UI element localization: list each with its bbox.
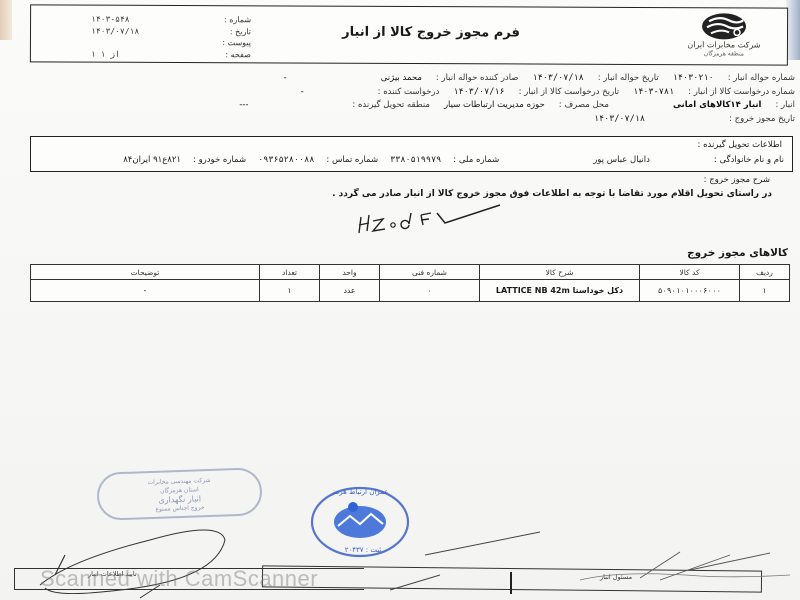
meta-value: ۱۴۰۳-۵۴۸: [91, 14, 181, 26]
cell-tech-number: ۰: [380, 280, 480, 302]
signature-divider: [510, 572, 512, 594]
document-meta: شماره : ۱۴۰۳-۵۴۸ تاریخ : ۱۴۰۳/۰۷/۱۸ پیوس…: [91, 14, 251, 61]
org-region: منطقه هرمزگان: [679, 50, 769, 57]
value: ۱۴۰۳-۷۸۱: [633, 86, 674, 100]
label: محل مصرف :: [559, 99, 609, 113]
label: تاریخ مجوز خروج :: [729, 113, 795, 127]
col-row: ردیف: [740, 265, 790, 280]
info-line-warehouse-order: شماره حواله انبار : ۱۴۰۳۰۲۱۰ تاریخ حواله…: [40, 72, 795, 86]
cell-notes: -: [31, 280, 260, 302]
col-qty: تعداد: [260, 265, 320, 280]
cell-qty: ۱: [260, 280, 320, 302]
cell-unit: عدد: [320, 280, 380, 302]
handwritten-note: [355, 203, 505, 243]
telecom-logo-icon: [701, 12, 747, 40]
svg-text:عمران ارتباط هرمز: عمران ارتباط هرمز: [331, 488, 389, 496]
label: شماره حواله انبار :: [728, 72, 795, 86]
phone-value: ۰۹۳۶۵۲۸۰۰۸۸: [258, 155, 314, 165]
vehicle-label: شماره خودرو :: [193, 155, 246, 165]
svg-text:ثبت : ۲۰۴۳۷: ثبت : ۲۰۴۳۷: [345, 546, 382, 554]
right-signature-label: مسئول انبار: [600, 573, 632, 581]
cell-code: ۵۰۹۰۱۰۱۰۰۰۶۰۰۰: [640, 280, 740, 302]
label: صادر کننده حواله انبار :: [436, 72, 519, 86]
round-stamp-icon: عمران ارتباط هرمز ثبت : ۲۰۴۳۷: [305, 480, 415, 560]
value: -: [301, 86, 304, 100]
value: -: [284, 72, 287, 86]
form-title: فرم مجوز خروج کالا از انبار: [301, 25, 561, 41]
info-line-exit-date: تاریخ مجوز خروج : ۱۴۰۳/۰۷/۱۸: [40, 113, 795, 127]
label: شماره درخواست کالا از انبار :: [688, 86, 795, 100]
value: ---: [239, 99, 248, 113]
meta-label: پیوست :: [191, 37, 251, 49]
warehouse-stamp: شرکت مهندسی مخابرات استان هرمزگان انبار …: [96, 467, 263, 521]
phone-label: شماره تماس :: [326, 155, 378, 165]
permit-info: شماره حواله انبار : ۱۴۰۳۰۲۱۰ تاریخ حواله…: [40, 72, 795, 126]
label: درخواست کننده :: [378, 86, 440, 100]
col-unit: واحد: [320, 265, 380, 280]
meta-date: تاریخ : ۱۴۰۳/۰۷/۱۸: [91, 25, 251, 37]
name-label: نام و نام خانوادگی :: [714, 155, 784, 165]
org-name: شرکت مخابرات ایران: [679, 40, 769, 50]
meta-label: تاریخ :: [191, 26, 251, 38]
label: انبار :: [775, 99, 795, 113]
value: ۱۴۰۳/۰۷/۱۸: [594, 113, 645, 127]
receiver-details: نام و نام خانوادگی : دانیال عباس پور شما…: [41, 155, 784, 165]
items-section-title: کالاهای مجوز خروج: [687, 247, 788, 259]
company-round-stamp: عمران ارتباط هرمز ثبت : ۲۰۴۳۷: [305, 480, 415, 564]
col-tech-number: شماره فنی: [380, 265, 480, 280]
col-notes: توضیحات: [31, 265, 260, 280]
cell-row: ۱: [740, 280, 790, 302]
meta-number: شماره : ۱۴۰۳-۵۴۸: [91, 14, 251, 26]
info-line-request: شماره درخواست کالا از انبار : ۱۴۰۳-۷۸۱ ت…: [40, 86, 795, 100]
value: ۱۴۰۳۰۲۱۰: [673, 72, 714, 86]
items-table: ردیف کد کالا شرح کالا شماره فنی واحد تعد…: [30, 264, 790, 302]
meta-label: صفحه :: [191, 49, 251, 61]
company-logo: شرکت مخابرات ایران منطقه هرمزگان: [679, 12, 769, 62]
meta-value: ۱ از ۱: [91, 48, 181, 60]
header-box: شرکت مخابرات ایران منطقه هرمزگان فرم مجو…: [30, 4, 788, 65]
meta-value: [91, 37, 181, 49]
national-id-value: ۳۳۸۰۵۱۹۹۷۹: [390, 155, 441, 165]
meta-value: ۱۴۰۳/۰۷/۱۸: [91, 25, 181, 37]
vehicle-value: ۸۲۱ع۹۱ ایران۸۴: [123, 155, 181, 165]
meta-page: صفحه : ۱ از ۱: [91, 48, 251, 60]
handwriting-scribble-icon: [355, 203, 505, 239]
value: ۱۴۰۳/۰۷/۱۸: [533, 72, 584, 86]
cell-description: دکل خوداستا LATTICE NB 42m: [480, 280, 640, 302]
exit-description-label: شرح مجوز خروج :: [704, 175, 770, 185]
meta-attachment: پیوست :: [91, 37, 251, 49]
meta-label: شماره :: [191, 14, 251, 26]
national-id-label: شماره ملی :: [453, 155, 499, 165]
col-description: شرح کالا: [480, 265, 640, 280]
col-code: کد کالا: [640, 265, 740, 280]
scan-edge-left: [0, 0, 12, 40]
label: تاریخ درخواست کالا از انبار :: [519, 86, 620, 100]
label: تاریخ حواله انبار :: [598, 72, 659, 86]
receiver-info-box: اطلاعات تحویل گیرنده : نام و نام خانوادگ…: [30, 136, 793, 172]
receiver-title: اطلاعات تحویل گیرنده :: [698, 140, 782, 150]
value: حوزه مدیریت ارتباطات سیار: [444, 99, 545, 113]
camscanner-watermark: Scanned with CamScanner: [40, 566, 318, 592]
info-line-warehouse: انبار : انبار ۱۴کالاهای امانی محل مصرف :…: [40, 99, 795, 113]
table-row: ۱ ۵۰۹۰۱۰۱۰۰۰۶۰۰۰ دکل خوداستا LATTICE NB …: [31, 280, 790, 302]
value: ۱۴۰۳/۰۷/۱۶: [453, 86, 504, 100]
exit-description-text: در راستای تحویل اقلام مورد تقاضا با توجه…: [332, 189, 772, 199]
value: محمد بیژنی: [381, 72, 422, 86]
value: انبار ۱۴کالاهای امانی: [673, 99, 761, 113]
items-table-header: ردیف کد کالا شرح کالا شماره فنی واحد تعد…: [31, 265, 790, 280]
label: منطقه تحویل گیرنده :: [352, 99, 430, 113]
scanned-document-page: شرکت مخابرات ایران منطقه هرمزگان فرم مجو…: [0, 0, 800, 600]
name-value: دانیال عباس پور: [593, 155, 650, 165]
